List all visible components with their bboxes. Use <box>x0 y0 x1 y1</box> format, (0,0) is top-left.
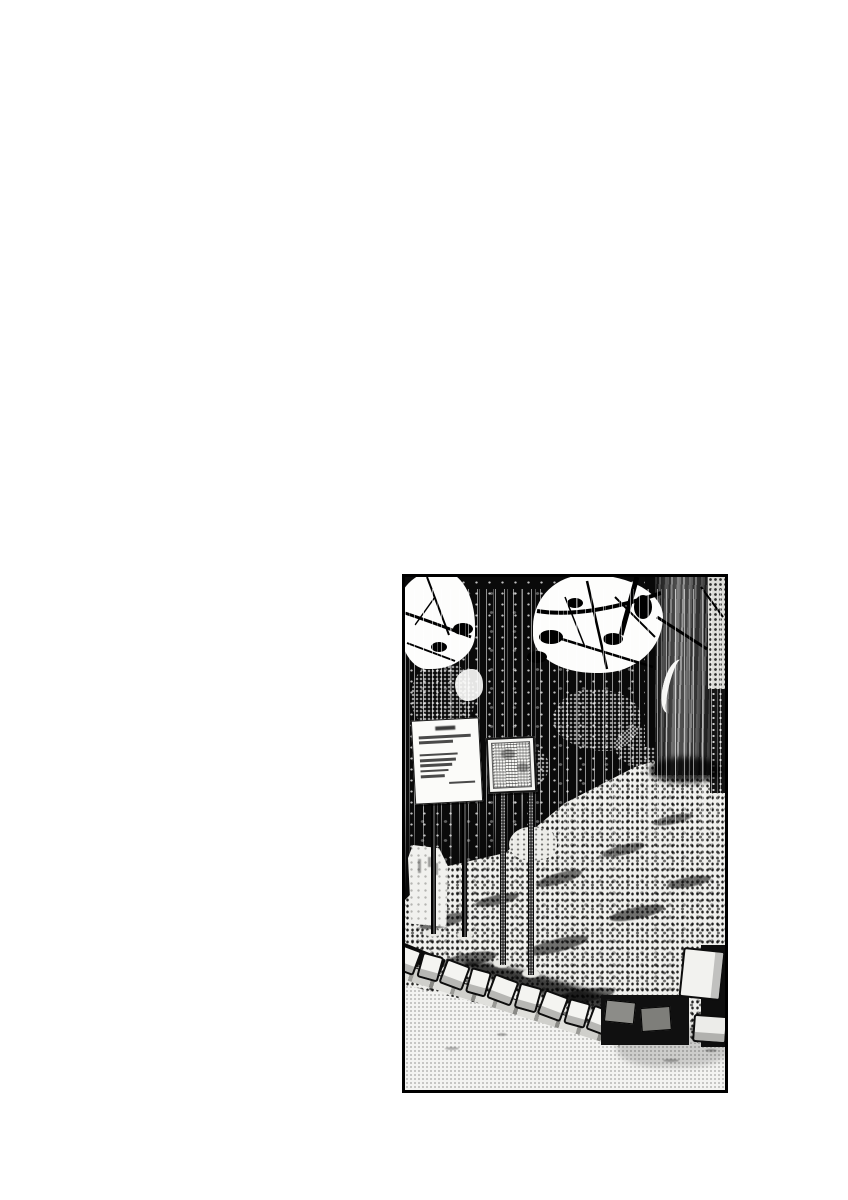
board-text-smudge <box>517 763 529 772</box>
sign-post <box>462 801 467 937</box>
road-mark <box>497 1033 507 1036</box>
sign-text-line <box>420 763 452 767</box>
sign-signature-line <box>449 780 475 784</box>
road-mark <box>445 1047 459 1050</box>
sign-text-line <box>420 769 448 773</box>
sign-post <box>528 789 534 975</box>
sign-text-line <box>420 758 456 762</box>
sign-post <box>500 789 506 965</box>
white-stone-marker <box>408 845 448 927</box>
board-text-smudge <box>501 749 515 759</box>
lower-curb-stone <box>692 1014 728 1044</box>
sign-text-line <box>420 752 458 757</box>
trunk-base-shadow <box>649 757 723 783</box>
road-mark <box>663 1059 679 1062</box>
road-mark <box>705 1049 717 1052</box>
sign-text-line <box>419 740 453 744</box>
sign-text-line <box>419 734 471 739</box>
right-foliage-mottle <box>708 577 725 689</box>
sign-text-line <box>421 774 445 778</box>
sign-post <box>431 802 436 934</box>
photo-panel <box>402 574 728 1093</box>
shaded-curb-stone <box>640 1006 672 1032</box>
blank-manga-page: { "page": { "type": "manga page, mostly … <box>0 0 848 1200</box>
corner-curb-stone <box>679 947 726 1001</box>
shaded-curb-stone <box>604 999 636 1024</box>
information-board <box>486 736 537 794</box>
sky-gap-left <box>402 574 475 669</box>
sky-gap-small <box>455 669 483 701</box>
sign-title-line <box>435 726 455 731</box>
notice-sign <box>411 717 483 804</box>
